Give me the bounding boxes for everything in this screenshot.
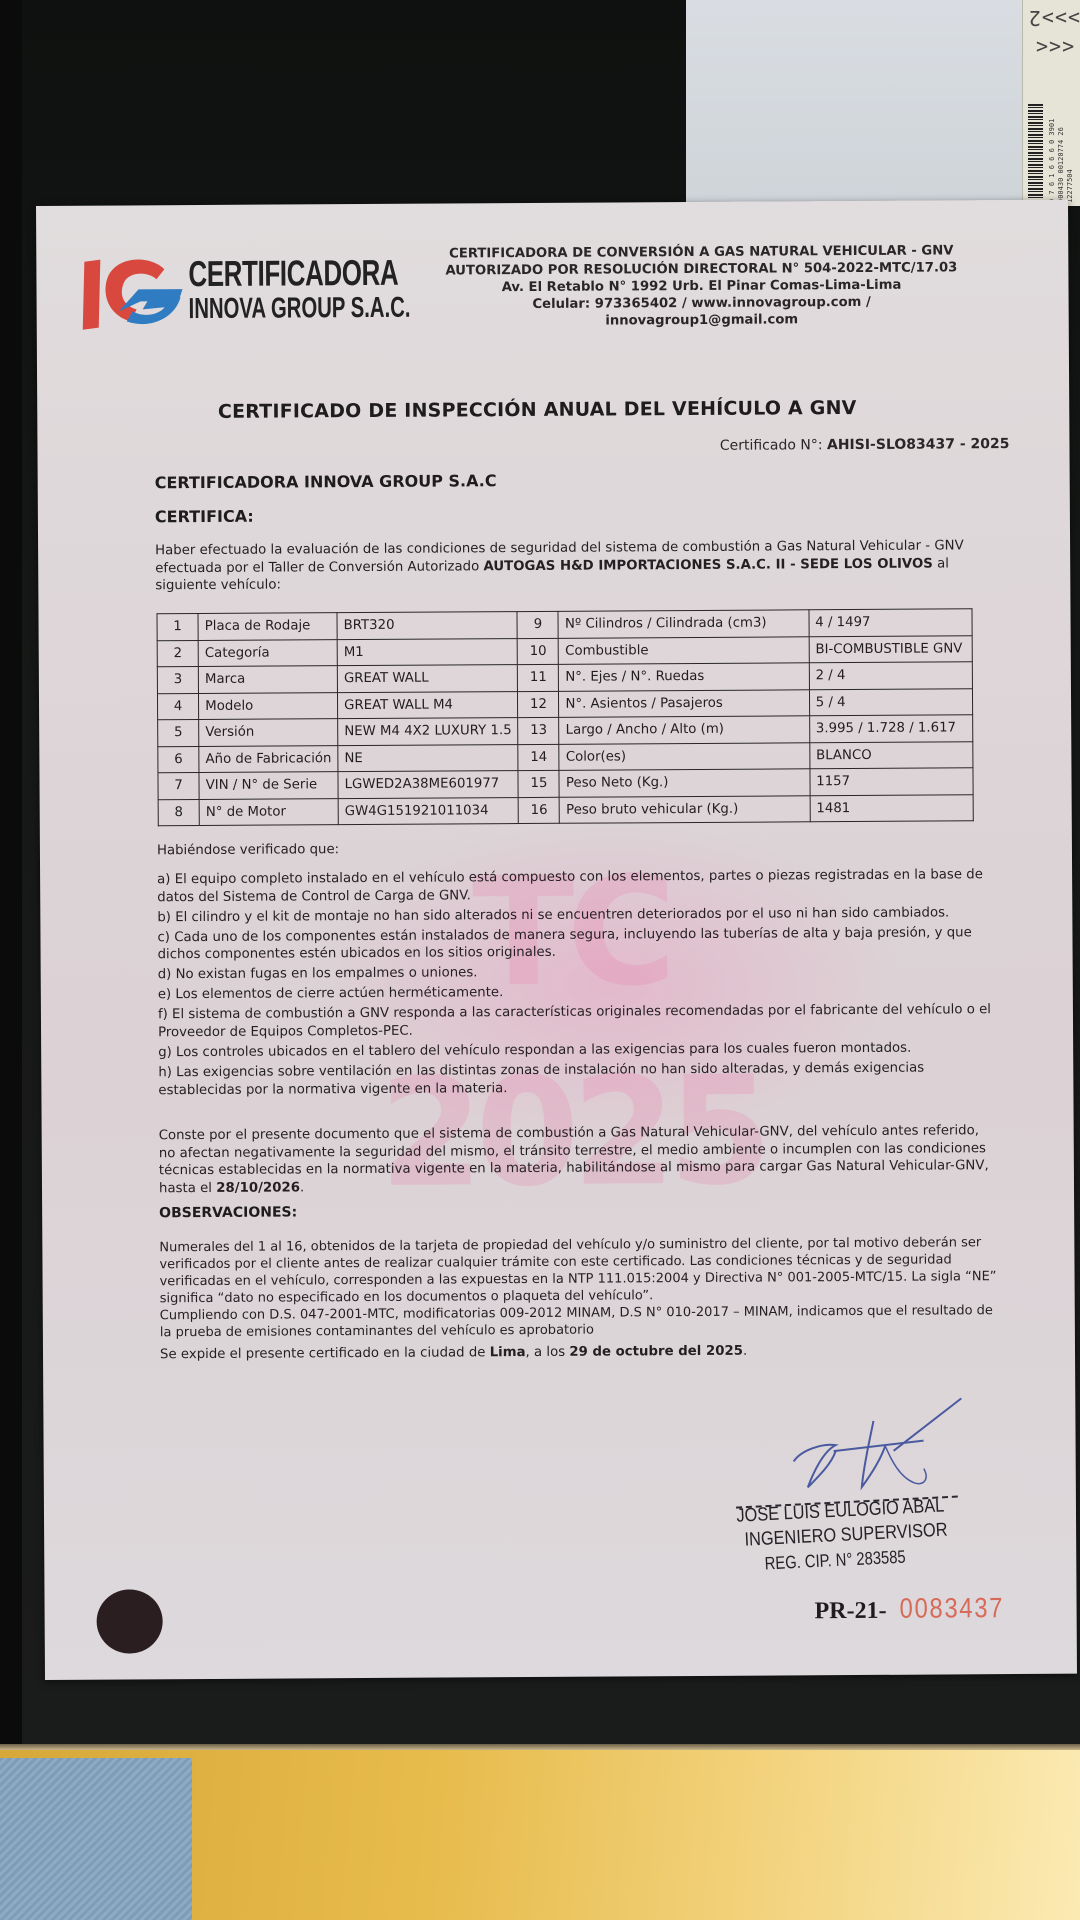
field-label: Categoría xyxy=(198,639,337,666)
verification-list: a) El equipo completo instalado en el ve… xyxy=(157,866,998,1102)
field-value: GREAT WALL xyxy=(337,665,518,693)
row-number: 16 xyxy=(519,797,560,824)
workshop-name: AUTOGAS H&D IMPORTACIONES S.A.C. II - SE… xyxy=(483,556,932,574)
observations-text: Numerales del 1 al 16, obtenidos de la t… xyxy=(159,1234,1000,1341)
observation-paragraph: Cumpliendo con D.S. 047-2001-MTC, modifi… xyxy=(160,1302,1000,1341)
barcode-icon xyxy=(1028,104,1043,204)
field-value: NEW M4 4X2 LUXURY 1.5 xyxy=(338,718,519,746)
logo-text-line1: CERTIFICADORA xyxy=(188,252,398,295)
verification-item: g) Los controles ubicados en el tablero … xyxy=(158,1039,998,1062)
field-value: BRT320 xyxy=(337,612,518,640)
row-number: 9 xyxy=(517,611,558,638)
issuance-date: 29 de octubre del 2025 xyxy=(569,1344,743,1360)
serial-number: PR-21- 0083437 xyxy=(814,1592,1022,1625)
row-number: 4 xyxy=(157,693,198,720)
verification-item: c) Cada uno de los componentes están ins… xyxy=(157,924,997,964)
field-value: GW4G151921011034 xyxy=(338,797,519,825)
issuer-name: CERTIFICADORA INNOVA GROUP S.A.C xyxy=(155,471,497,492)
verification-item: f) El sistema de combustión a GNV respon… xyxy=(158,1002,998,1042)
row-number: 5 xyxy=(158,720,199,747)
field-label: VIN / N° de Serie xyxy=(199,772,338,799)
field-value: 4 / 1497 xyxy=(809,609,972,636)
row-number: 7 xyxy=(158,773,199,800)
field-label: N° de Motor xyxy=(199,798,338,825)
row-number: 11 xyxy=(518,664,559,691)
row-number: 15 xyxy=(518,770,559,797)
row-number: 12 xyxy=(518,691,559,718)
certificate-document: TC 2025 CERTIFICADORA INNOVA GROUP S.A.C… xyxy=(36,200,1077,1680)
certificate-number-value: AHISI-SLO83437 - 2025 xyxy=(827,436,1010,453)
field-value: NE xyxy=(338,744,519,772)
field-label: Versión xyxy=(199,719,338,746)
issuance-city: Lima xyxy=(490,1345,526,1360)
row-number: 14 xyxy=(518,744,559,771)
field-value: 2 / 4 xyxy=(809,662,972,689)
ticket-digits: 0 7 6 1 6 6 6 0 3901 000430 00120774 26 … xyxy=(1048,108,1078,203)
field-label: Color(es) xyxy=(559,742,809,770)
document-title: CERTIFICADO DE INSPECCIÓN ANUAL DEL VEHÍ… xyxy=(37,396,1037,424)
field-label: Largo / Ancho / Alto (m) xyxy=(559,716,809,744)
serial-prefix: PR-21- xyxy=(815,1598,887,1624)
certificate-number: Certificado N°: AHISI-SLO83437 - 2025 xyxy=(720,436,1010,454)
row-number: 8 xyxy=(158,799,199,826)
field-label: Nº Cilindros / Cilindrada (cm3) xyxy=(558,610,808,638)
field-label: Placa de Rodaje xyxy=(198,613,337,640)
intro-paragraph: Haber efectuado la evaluación de las con… xyxy=(155,537,985,595)
ticket-stub: >>>2 >>> 0 7 6 1 6 6 6 0 3901 000430 001… xyxy=(1022,0,1080,206)
verification-item: d) No existan fugas en los empalmes o un… xyxy=(158,961,998,984)
field-label: Modelo xyxy=(199,692,338,719)
field-value: GREAT WALL M4 xyxy=(338,691,519,719)
field-value: 1481 xyxy=(810,794,973,821)
row-number: 10 xyxy=(518,638,559,665)
field-value: LGWED2A38ME601977 xyxy=(338,771,519,799)
vehicle-data-table: 1Placa de RodajeBRT3209Nº Cilindros / Ci… xyxy=(156,608,973,826)
field-value: M1 xyxy=(337,638,518,666)
row-number: 13 xyxy=(518,717,559,744)
signer-registration: REG. CIP. N° 283585 xyxy=(764,1547,906,1575)
table-row: 8N° de MotorGW4G15192101103416Peso bruto… xyxy=(158,794,973,825)
certificate-number-label: Certificado N°: xyxy=(720,437,823,454)
certifica-heading: CERTIFICA: xyxy=(155,507,254,527)
field-label: Año de Fabricación xyxy=(199,745,338,772)
issuance-statement: Se expide el presente certificado en la … xyxy=(160,1342,1000,1362)
field-value: BLANCO xyxy=(809,741,972,768)
ig-logo-icon xyxy=(78,249,189,334)
denim-fabric xyxy=(0,1758,192,1920)
field-label: Combustible xyxy=(559,636,809,664)
field-value: 1157 xyxy=(810,768,973,795)
row-number: 2 xyxy=(157,640,198,667)
logo-text-line2: INNOVA GROUP S.A.C. xyxy=(189,292,411,326)
field-value: 5 / 4 xyxy=(809,688,972,715)
observations-heading: OBSERVACIONES: xyxy=(159,1204,297,1221)
verification-item: e) Los elementos de cierre actúen hermét… xyxy=(158,982,998,1005)
row-number: 6 xyxy=(158,746,199,773)
company-info-line: Celular: 973365402 / www.innovagroup.com… xyxy=(437,293,967,330)
verification-item: h) Las exigencias sobre ventilación en l… xyxy=(158,1059,998,1099)
row-number: 1 xyxy=(157,614,198,641)
company-info-line: Av. El Retablo N° 1992 Urb. El Pinar Com… xyxy=(436,276,966,296)
field-label: Peso Neto (Kg.) xyxy=(559,769,809,797)
field-label: N°. Ejes / N°. Ruedas xyxy=(559,663,809,691)
field-label: Peso bruto vehicular (Kg.) xyxy=(560,795,810,823)
valid-until-date: 28/10/2026 xyxy=(216,1180,300,1196)
company-info: CERTIFICADORA DE CONVERSIÓN A GAS NATURA… xyxy=(436,242,967,330)
verification-item: b) El cilindro y el kit de montaje no ha… xyxy=(157,904,997,927)
dark-edge xyxy=(0,0,22,1750)
conformity-paragraph: Conste por el presente documento que el … xyxy=(159,1122,999,1197)
verification-item: a) El equipo completo instalado en el ve… xyxy=(157,866,997,906)
paper-behind xyxy=(686,0,1022,206)
serial-value: 0083437 xyxy=(900,1592,1005,1625)
row-number: 3 xyxy=(157,667,198,694)
punch-hole xyxy=(96,1589,162,1653)
field-value: BI-COMBUSTIBLE GNV xyxy=(809,635,972,662)
ticket-chevrons: >>>2 >>> xyxy=(1036,4,1080,60)
field-label: N°. Asientos / Pasajeros xyxy=(559,689,809,717)
company-logo: CERTIFICADORA INNOVA GROUP S.A.C. xyxy=(78,248,379,334)
verification-heading: Habiéndose verificado que: xyxy=(157,842,339,858)
handwritten-signature-icon xyxy=(773,1390,974,1501)
field-label: Marca xyxy=(198,666,337,693)
field-value: 3.995 / 1.728 / 1.617 xyxy=(809,715,972,742)
observation-paragraph: Numerales del 1 al 16, obtenidos de la t… xyxy=(159,1234,999,1307)
signature-block: JOSE LUIS EULOGIO ABAL INGENIERO SUPERVI… xyxy=(733,1418,994,1530)
